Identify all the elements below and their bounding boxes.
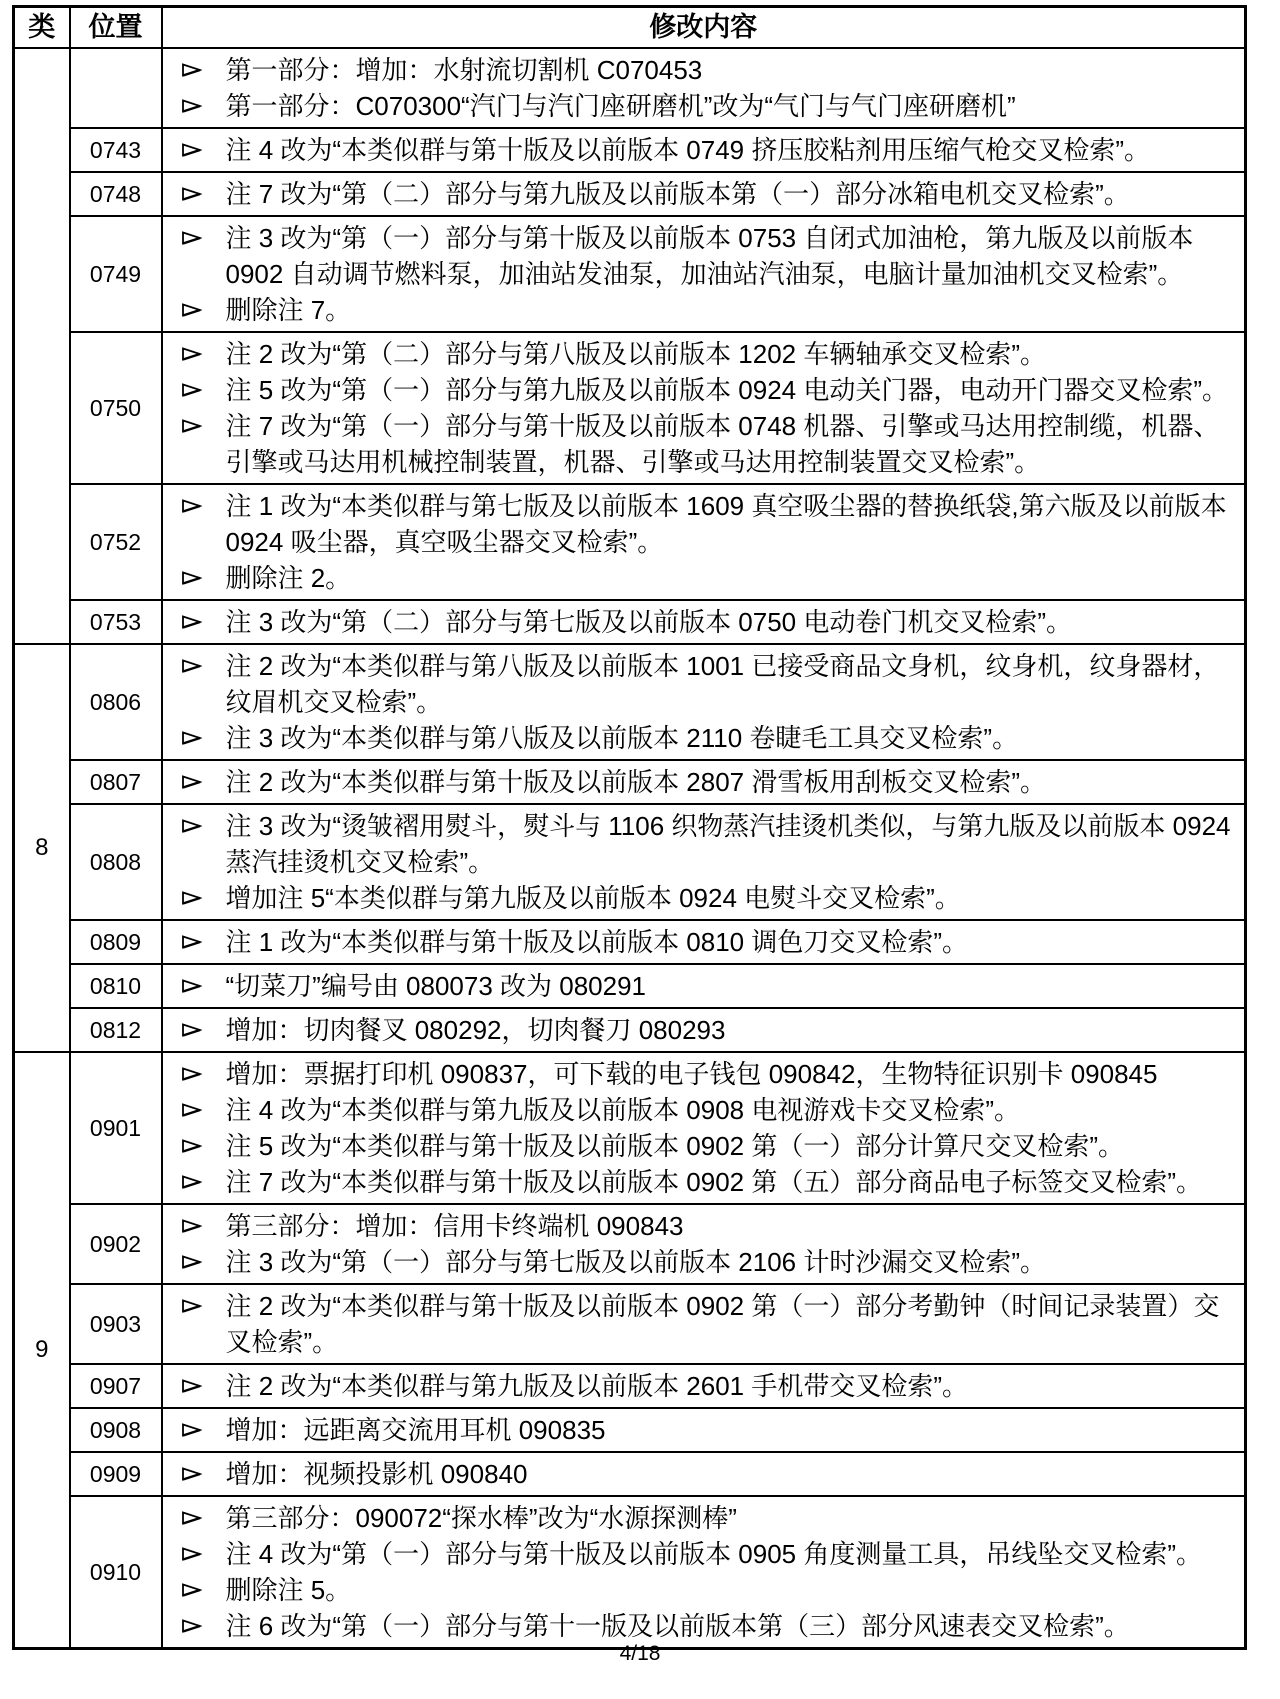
arrow-bullet-icon — [181, 570, 202, 586]
table-row: 第一部分：增加：水射流切割机 C070453第一部分：C070300“汽门与汽门… — [14, 48, 1246, 128]
modification-text: 增加：切肉餐叉 080292，切肉餐刀 080293 — [226, 1012, 1235, 1048]
modification-item: 注 2 改为“第（二）部分与第八版及以前版本 1202 车辆轴承交叉检索”。 — [163, 336, 1235, 372]
modification-text: 注 2 改为“本类似群与第十版及以前版本 0902 第（一）部分考勤钟（时间记录… — [226, 1288, 1235, 1360]
modification-text: 注 3 改为“本类似群与第八版及以前版本 2110 卷睫毛工具交叉检索”。 — [226, 720, 1235, 756]
content-cell: 注 2 改为“本类似群与第十版及以前版本 0902 第（一）部分考勤钟（时间记录… — [162, 1284, 1246, 1364]
content-cell: 注 3 改为“第（一）部分与第十版及以前版本 0753 自闭式加油枪，第九版及以… — [162, 216, 1246, 332]
arrow-bullet-icon — [181, 818, 202, 834]
arrow-bullet-icon — [181, 1022, 202, 1038]
modification-text: 注 5 改为“本类似群与第十版及以前版本 0902 第（一）部分计算尺交叉检索”… — [226, 1128, 1235, 1164]
modification-item: 注 4 改为“本类似群与第十版及以前版本 0749 挤压胶粘剂用压缩气枪交叉检索… — [163, 132, 1235, 168]
table-body: 第一部分：增加：水射流切割机 C070453第一部分：C070300“汽门与汽门… — [14, 48, 1246, 1649]
modification-text: 注 3 改为“第（一）部分与第十版及以前版本 0753 自闭式加油枪，第九版及以… — [226, 220, 1235, 292]
modification-item: 注 5 改为“本类似群与第十版及以前版本 0902 第（一）部分计算尺交叉检索”… — [163, 1128, 1235, 1164]
content-cell: 注 4 改为“本类似群与第十版及以前版本 0749 挤压胶粘剂用压缩气枪交叉检索… — [162, 128, 1246, 172]
table-row: 90901增加：票据打印机 090837，可下载的电子钱包 090842，生物特… — [14, 1052, 1246, 1204]
arrow-bullet-icon — [181, 774, 202, 790]
modification-item: 删除注 7。 — [163, 292, 1235, 328]
header-class: 类 — [14, 7, 70, 49]
position-cell: 0902 — [70, 1204, 162, 1284]
modification-item: 删除注 2。 — [163, 560, 1235, 596]
position-cell: 0901 — [70, 1052, 162, 1204]
arrow-bullet-icon — [181, 1254, 202, 1270]
arrow-bullet-icon — [181, 62, 202, 78]
table-row: 0908增加：远距离交流用耳机 090835 — [14, 1408, 1246, 1452]
modification-item: 增加注 5“本类似群与第九版及以前版本 0924 电熨斗交叉检索”。 — [163, 880, 1235, 916]
modification-text: 注 2 改为“本类似群与第十版及以前版本 2807 滑雪板用刮板交叉检索”。 — [226, 764, 1235, 800]
arrow-bullet-icon — [181, 1138, 202, 1154]
header-position: 位置 — [70, 7, 162, 49]
content-cell: 注 2 改为“本类似群与第十版及以前版本 2807 滑雪板用刮板交叉检索”。 — [162, 760, 1246, 804]
arrow-bullet-icon — [181, 498, 202, 514]
table-row: 0903注 2 改为“本类似群与第十版及以前版本 0902 第（一）部分考勤钟（… — [14, 1284, 1246, 1364]
modification-text: 注 7 改为“第（一）部分与第十版及以前版本 0748 机器、引擎或马达用控制缆… — [226, 408, 1235, 480]
modification-text: 注 5 改为“第（一）部分与第九版及以前版本 0924 电动关门器，电动开门器交… — [226, 372, 1235, 408]
modification-item: 注 6 改为“第（一）部分与第十一版及以前版本第（三）部分风速表交叉检索”。 — [163, 1608, 1235, 1644]
arrow-bullet-icon — [181, 418, 202, 434]
modification-item: 注 3 改为“第（一）部分与第七版及以前版本 2106 计时沙漏交叉检索”。 — [163, 1244, 1235, 1280]
position-cell: 0743 — [70, 128, 162, 172]
modification-item: 增加：视频投影机 090840 — [163, 1456, 1235, 1492]
modification-text: 注 3 改为“第（一）部分与第七版及以前版本 2106 计时沙漏交叉检索”。 — [226, 1244, 1235, 1280]
modification-item: 注 4 改为“本类似群与第九版及以前版本 0908 电视游戏卡交叉检索”。 — [163, 1092, 1235, 1128]
position-cell: 0748 — [70, 172, 162, 216]
arrow-bullet-icon — [181, 1218, 202, 1234]
arrow-bullet-icon — [181, 890, 202, 906]
arrow-bullet-icon — [181, 934, 202, 950]
arrow-bullet-icon — [181, 1510, 202, 1526]
modification-item: 注 2 改为“本类似群与第九版及以前版本 2601 手机带交叉检索”。 — [163, 1368, 1235, 1404]
table-row: 0748注 7 改为“第（二）部分与第九版及以前版本第（一）部分冰箱电机交叉检索… — [14, 172, 1246, 216]
table-row: 0809注 1 改为“本类似群与第十版及以前版本 0810 调色刀交叉检索”。 — [14, 920, 1246, 964]
modification-text: 注 4 改为“第（一）部分与第十版及以前版本 0905 角度测量工具，吊线坠交叉… — [226, 1536, 1235, 1572]
table-row: 0743注 4 改为“本类似群与第十版及以前版本 0749 挤压胶粘剂用压缩气枪… — [14, 128, 1246, 172]
modification-item: 注 2 改为“本类似群与第十版及以前版本 0902 第（一）部分考勤钟（时间记录… — [163, 1288, 1235, 1360]
content-cell: “切菜刀”编号由 080073 改为 080291 — [162, 964, 1246, 1008]
class-cell: 8 — [14, 644, 70, 1052]
content-cell: 增加：票据打印机 090837，可下载的电子钱包 090842，生物特征识别卡 … — [162, 1052, 1246, 1204]
position-cell — [70, 48, 162, 128]
content-cell: 注 2 改为“本类似群与第九版及以前版本 2601 手机带交叉检索”。 — [162, 1364, 1246, 1408]
position-cell: 0749 — [70, 216, 162, 332]
content-cell: 注 3 改为“第（二）部分与第七版及以前版本 0750 电动卷门机交叉检索”。 — [162, 600, 1246, 644]
table-row: 0812增加：切肉餐叉 080292，切肉餐刀 080293 — [14, 1008, 1246, 1052]
modification-item: “切菜刀”编号由 080073 改为 080291 — [163, 968, 1235, 1004]
arrow-bullet-icon — [181, 1422, 202, 1438]
arrow-bullet-icon — [181, 1582, 202, 1598]
class-cell: 9 — [14, 1052, 70, 1649]
arrow-bullet-icon — [181, 658, 202, 674]
content-cell: 注 1 改为“本类似群与第十版及以前版本 0810 调色刀交叉检索”。 — [162, 920, 1246, 964]
modification-item: 注 1 改为“本类似群与第七版及以前版本 1609 真空吸尘器的替换纸袋,第六版… — [163, 488, 1235, 560]
modification-item: 删除注 5。 — [163, 1572, 1235, 1608]
modification-text: 删除注 5。 — [226, 1572, 1235, 1608]
table-row: 0749注 3 改为“第（一）部分与第十版及以前版本 0753 自闭式加油枪，第… — [14, 216, 1246, 332]
modification-item: 注 3 改为“本类似群与第八版及以前版本 2110 卷睫毛工具交叉检索”。 — [163, 720, 1235, 756]
position-cell: 0908 — [70, 1408, 162, 1452]
position-cell: 0909 — [70, 1452, 162, 1496]
position-cell: 0809 — [70, 920, 162, 964]
arrow-bullet-icon — [181, 1298, 202, 1314]
modification-text: 注 2 改为“第（二）部分与第八版及以前版本 1202 车辆轴承交叉检索”。 — [226, 336, 1235, 372]
position-cell: 0808 — [70, 804, 162, 920]
arrow-bullet-icon — [181, 1378, 202, 1394]
modification-text: 第一部分：增加：水射流切割机 C070453 — [226, 52, 1235, 88]
content-cell: 注 2 改为“第（二）部分与第八版及以前版本 1202 车辆轴承交叉检索”。注 … — [162, 332, 1246, 484]
modification-text: 删除注 7。 — [226, 292, 1235, 328]
arrow-bullet-icon — [181, 186, 202, 202]
content-cell: 注 1 改为“本类似群与第七版及以前版本 1609 真空吸尘器的替换纸袋,第六版… — [162, 484, 1246, 600]
modification-text: 注 4 改为“本类似群与第十版及以前版本 0749 挤压胶粘剂用压缩气枪交叉检索… — [226, 132, 1235, 168]
modification-item: 增加：票据打印机 090837，可下载的电子钱包 090842，生物特征识别卡 … — [163, 1056, 1235, 1092]
modification-item: 注 1 改为“本类似群与第十版及以前版本 0810 调色刀交叉检索”。 — [163, 924, 1235, 960]
modification-text: 注 3 改为“烫皱褶用熨斗，熨斗与 1106 织物蒸汽挂烫机类似，与第九版及以前… — [226, 808, 1235, 880]
position-cell: 0810 — [70, 964, 162, 1008]
modification-text: 注 2 改为“本类似群与第九版及以前版本 2601 手机带交叉检索”。 — [226, 1368, 1235, 1404]
table-row: 0909增加：视频投影机 090840 — [14, 1452, 1246, 1496]
content-cell: 第三部分：090072“探水棒”改为“水源探测棒”注 4 改为“第（一）部分与第… — [162, 1496, 1246, 1649]
modification-item: 注 3 改为“第（一）部分与第十版及以前版本 0753 自闭式加油枪，第九版及以… — [163, 220, 1235, 292]
content-cell: 注 3 改为“烫皱褶用熨斗，熨斗与 1106 织物蒸汽挂烫机类似，与第九版及以前… — [162, 804, 1246, 920]
page-number: 4/18 — [0, 1642, 1280, 1666]
arrow-bullet-icon — [181, 1546, 202, 1562]
arrow-bullet-icon — [181, 142, 202, 158]
table-row: 0910第三部分：090072“探水棒”改为“水源探测棒”注 4 改为“第（一）… — [14, 1496, 1246, 1649]
modification-item: 第一部分：增加：水射流切割机 C070453 — [163, 52, 1235, 88]
arrow-bullet-icon — [181, 302, 202, 318]
arrow-bullet-icon — [181, 1618, 202, 1634]
table-row: 0810“切菜刀”编号由 080073 改为 080291 — [14, 964, 1246, 1008]
modification-text: 注 7 改为“第（二）部分与第九版及以前版本第（一）部分冰箱电机交叉检索”。 — [226, 176, 1235, 212]
modification-text: “切菜刀”编号由 080073 改为 080291 — [226, 968, 1235, 1004]
modification-item: 注 2 改为“本类似群与第十版及以前版本 2807 滑雪板用刮板交叉检索”。 — [163, 764, 1235, 800]
modification-item: 增加：远距离交流用耳机 090835 — [163, 1412, 1235, 1448]
arrow-bullet-icon — [181, 98, 202, 114]
arrow-bullet-icon — [181, 382, 202, 398]
arrow-bullet-icon — [181, 1066, 202, 1082]
arrow-bullet-icon — [181, 346, 202, 362]
table-row: 0750注 2 改为“第（二）部分与第八版及以前版本 1202 车辆轴承交叉检索… — [14, 332, 1246, 484]
modification-item: 注 3 改为“烫皱褶用熨斗，熨斗与 1106 织物蒸汽挂烫机类似，与第九版及以前… — [163, 808, 1235, 880]
modification-text: 第三部分：增加：信用卡终端机 090843 — [226, 1208, 1235, 1244]
content-cell: 增加：远距离交流用耳机 090835 — [162, 1408, 1246, 1452]
modification-text: 第三部分：090072“探水棒”改为“水源探测棒” — [226, 1500, 1235, 1536]
arrow-bullet-icon — [181, 614, 202, 630]
table-row: 80806注 2 改为“本类似群与第八版及以前版本 1001 已接受商品文身机，… — [14, 644, 1246, 760]
modification-text: 注 4 改为“本类似群与第九版及以前版本 0908 电视游戏卡交叉检索”。 — [226, 1092, 1235, 1128]
class-cell — [14, 48, 70, 644]
modification-text: 注 3 改为“第（二）部分与第七版及以前版本 0750 电动卷门机交叉检索”。 — [226, 604, 1235, 640]
modification-item: 注 7 改为“第（一）部分与第十版及以前版本 0748 机器、引擎或马达用控制缆… — [163, 408, 1235, 480]
modification-item: 第三部分：090072“探水棒”改为“水源探测棒” — [163, 1500, 1235, 1536]
modification-item: 注 4 改为“第（一）部分与第十版及以前版本 0905 角度测量工具，吊线坠交叉… — [163, 1536, 1235, 1572]
arrow-bullet-icon — [181, 1466, 202, 1482]
modification-item: 第一部分：C070300“汽门与汽门座研磨机”改为“气门与气门座研磨机” — [163, 88, 1235, 124]
modification-text: 注 1 改为“本类似群与第七版及以前版本 1609 真空吸尘器的替换纸袋,第六版… — [226, 488, 1235, 560]
content-cell: 注 2 改为“本类似群与第八版及以前版本 1001 已接受商品文身机，纹身机，纹… — [162, 644, 1246, 760]
position-cell: 0752 — [70, 484, 162, 600]
content-cell: 增加：视频投影机 090840 — [162, 1452, 1246, 1496]
modification-text: 注 6 改为“第（一）部分与第十一版及以前版本第（三）部分风速表交叉检索”。 — [226, 1608, 1235, 1644]
position-cell: 0903 — [70, 1284, 162, 1364]
arrow-bullet-icon — [181, 230, 202, 246]
table-row: 0753注 3 改为“第（二）部分与第七版及以前版本 0750 电动卷门机交叉检… — [14, 600, 1246, 644]
modification-text: 注 1 改为“本类似群与第十版及以前版本 0810 调色刀交叉检索”。 — [226, 924, 1235, 960]
header-row: 类 位置 修改内容 — [14, 7, 1246, 49]
table-row: 0907注 2 改为“本类似群与第九版及以前版本 2601 手机带交叉检索”。 — [14, 1364, 1246, 1408]
position-cell: 0807 — [70, 760, 162, 804]
modification-item: 注 3 改为“第（二）部分与第七版及以前版本 0750 电动卷门机交叉检索”。 — [163, 604, 1235, 640]
table-row: 0752注 1 改为“本类似群与第七版及以前版本 1609 真空吸尘器的替换纸袋… — [14, 484, 1246, 600]
position-cell: 0910 — [70, 1496, 162, 1649]
modification-text: 删除注 2。 — [226, 560, 1235, 596]
modification-item: 增加：切肉餐叉 080292，切肉餐刀 080293 — [163, 1012, 1235, 1048]
modification-item: 注 5 改为“第（一）部分与第九版及以前版本 0924 电动关门器，电动开门器交… — [163, 372, 1235, 408]
content-cell: 增加：切肉餐叉 080292，切肉餐刀 080293 — [162, 1008, 1246, 1052]
modification-item: 注 7 改为“第（二）部分与第九版及以前版本第（一）部分冰箱电机交叉检索”。 — [163, 176, 1235, 212]
modification-text: 增加：远距离交流用耳机 090835 — [226, 1412, 1235, 1448]
header-content: 修改内容 — [162, 7, 1246, 49]
modification-text: 增加：视频投影机 090840 — [226, 1456, 1235, 1492]
revision-table: 类 位置 修改内容 第一部分：增加：水射流切割机 C070453第一部分：C07… — [12, 5, 1247, 1650]
modification-item: 第三部分：增加：信用卡终端机 090843 — [163, 1208, 1235, 1244]
position-cell: 0750 — [70, 332, 162, 484]
modification-text: 第一部分：C070300“汽门与汽门座研磨机”改为“气门与气门座研磨机” — [226, 88, 1235, 124]
modification-item: 注 7 改为“本类似群与第十版及以前版本 0902 第（五）部分商品电子标签交叉… — [163, 1164, 1235, 1200]
position-cell: 0907 — [70, 1364, 162, 1408]
modification-text: 注 7 改为“本类似群与第十版及以前版本 0902 第（五）部分商品电子标签交叉… — [226, 1164, 1235, 1200]
modification-text: 增加：票据打印机 090837，可下载的电子钱包 090842，生物特征识别卡 … — [226, 1056, 1235, 1092]
modification-item: 注 2 改为“本类似群与第八版及以前版本 1001 已接受商品文身机，纹身机，纹… — [163, 648, 1235, 720]
table-row: 0807注 2 改为“本类似群与第十版及以前版本 2807 滑雪板用刮板交叉检索… — [14, 760, 1246, 804]
modification-text: 注 2 改为“本类似群与第八版及以前版本 1001 已接受商品文身机，纹身机，纹… — [226, 648, 1235, 720]
content-cell: 注 7 改为“第（二）部分与第九版及以前版本第（一）部分冰箱电机交叉检索”。 — [162, 172, 1246, 216]
position-cell: 0753 — [70, 600, 162, 644]
modification-text: 增加注 5“本类似群与第九版及以前版本 0924 电熨斗交叉检索”。 — [226, 880, 1235, 916]
arrow-bullet-icon — [181, 1174, 202, 1190]
arrow-bullet-icon — [181, 978, 202, 994]
table-row: 0902第三部分：增加：信用卡终端机 090843注 3 改为“第（一）部分与第… — [14, 1204, 1246, 1284]
arrow-bullet-icon — [181, 730, 202, 746]
position-cell: 0806 — [70, 644, 162, 760]
content-cell: 第三部分：增加：信用卡终端机 090843注 3 改为“第（一）部分与第七版及以… — [162, 1204, 1246, 1284]
content-cell: 第一部分：增加：水射流切割机 C070453第一部分：C070300“汽门与汽门… — [162, 48, 1246, 128]
position-cell: 0812 — [70, 1008, 162, 1052]
arrow-bullet-icon — [181, 1102, 202, 1118]
table-row: 0808注 3 改为“烫皱褶用熨斗，熨斗与 1106 织物蒸汽挂烫机类似，与第九… — [14, 804, 1246, 920]
